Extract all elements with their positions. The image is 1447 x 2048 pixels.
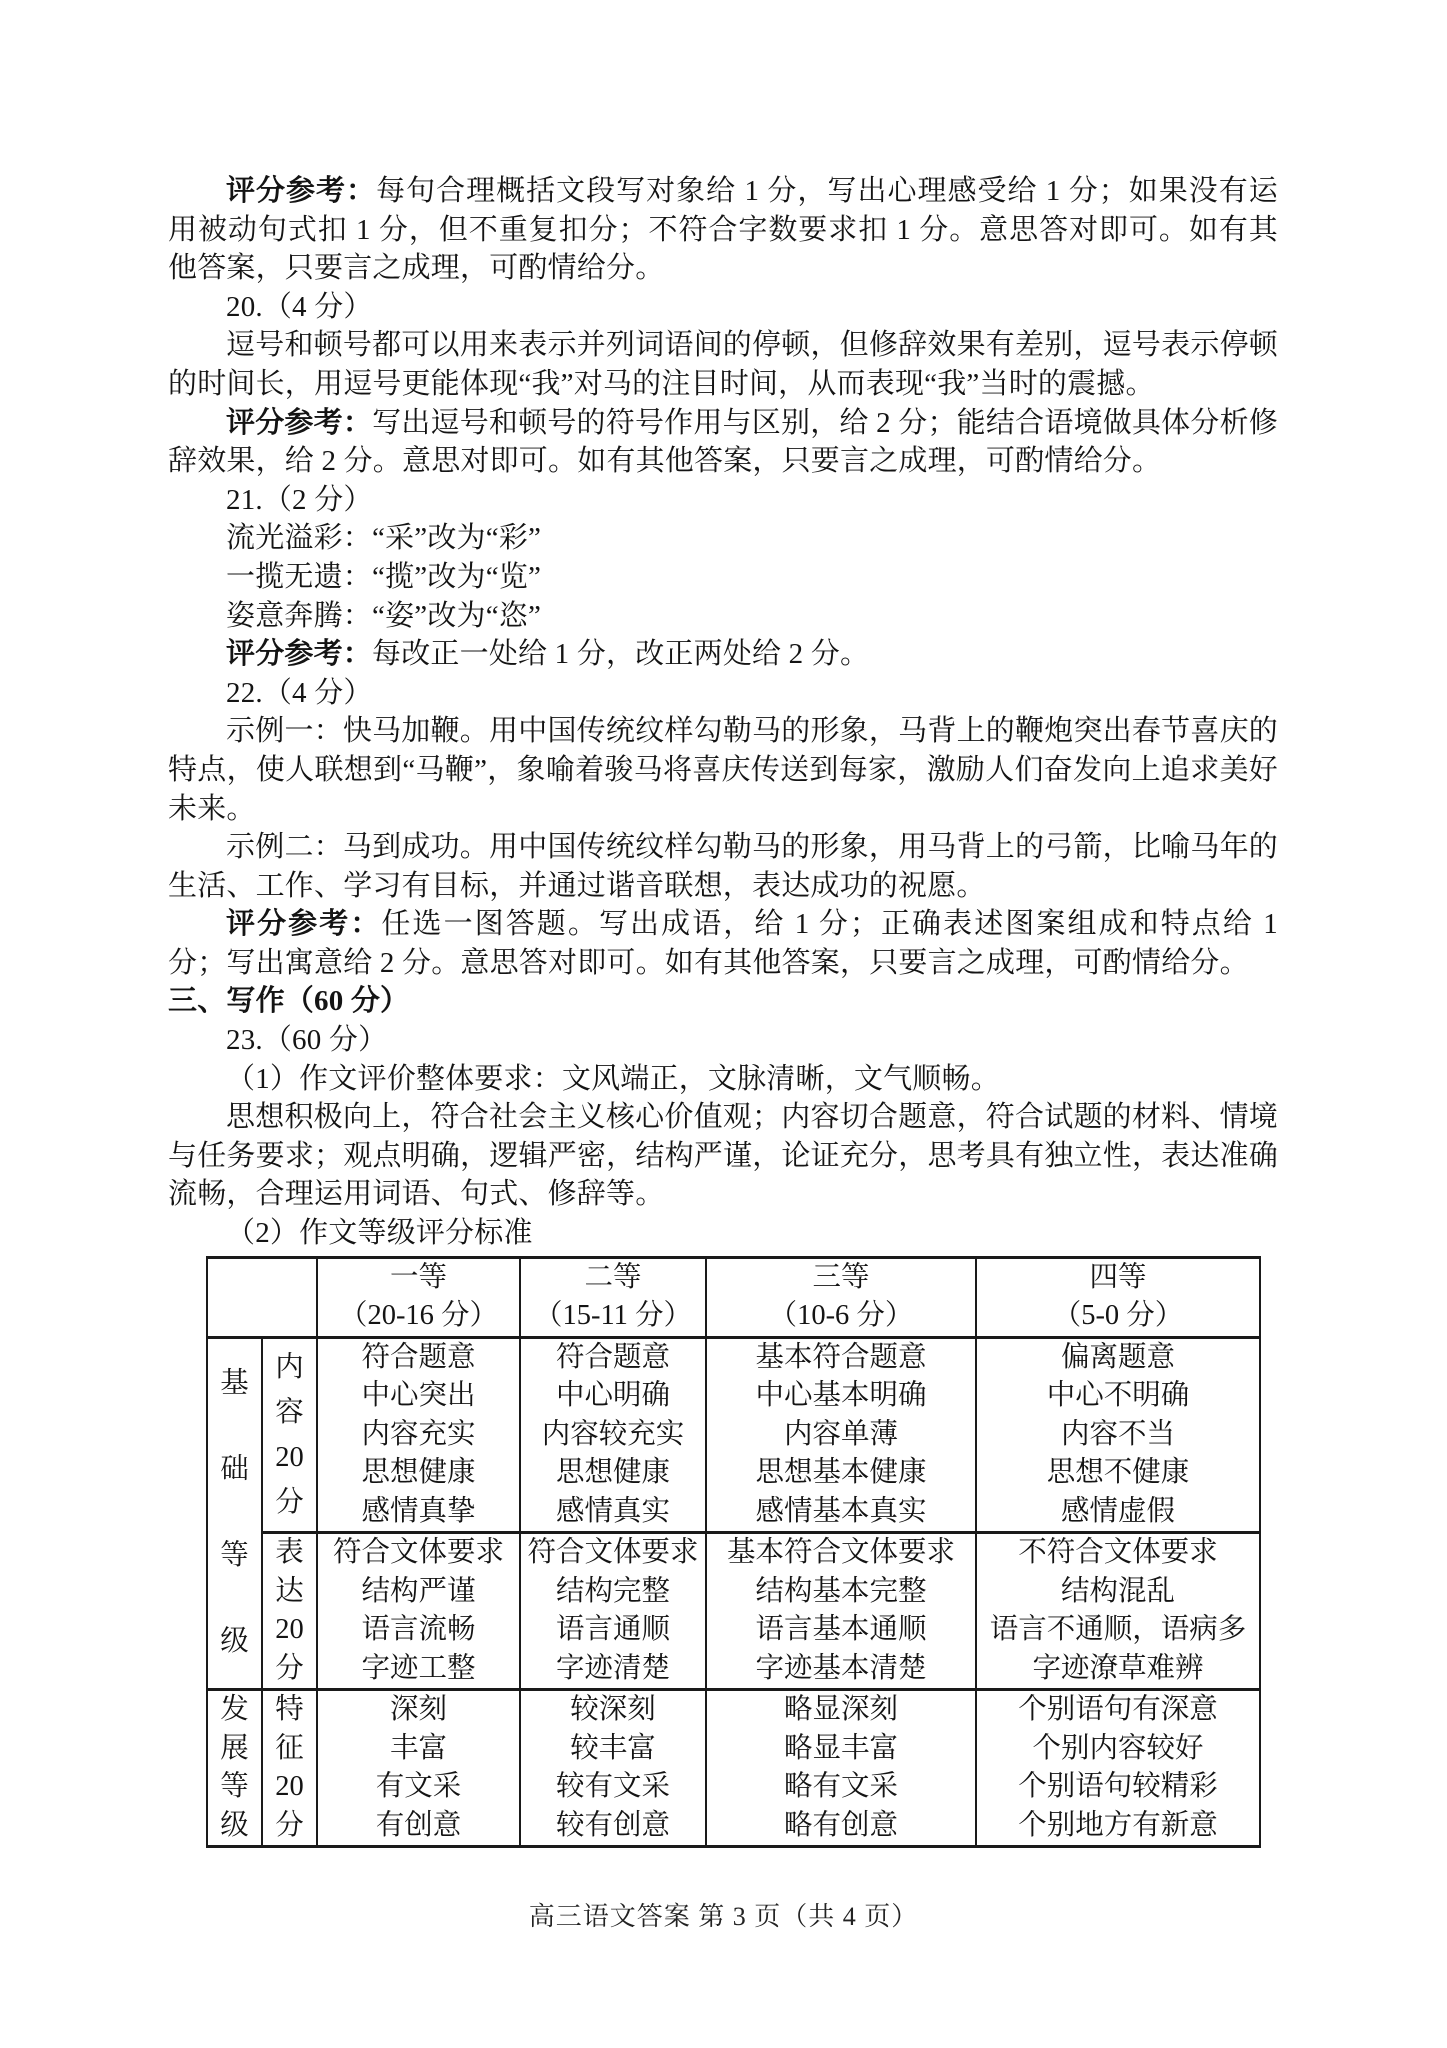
- paragraph-text: 一揽无遗：“揽”改为“览”: [226, 561, 541, 593]
- table-corner-cell: [207, 1257, 317, 1337]
- essay-grading-table: 一等 （20-16 分） 二等 （15-11 分） 三等 （10-6 分） 四等…: [206, 1256, 1261, 1849]
- grade-cell: 符合文体要求 结构完整 语言通顺 字迹清楚: [520, 1533, 706, 1690]
- grade-cell: 深刻 丰富 有文采 有创意: [317, 1690, 520, 1847]
- grade-cell: 符合文体要求 结构严谨 语言流畅 字迹工整: [317, 1533, 520, 1690]
- scoring-note-label: 评分参考：: [226, 407, 372, 439]
- paragraph-text: 23.（60 分）: [226, 1024, 387, 1056]
- section-heading-text: 三、写作（60 分）: [168, 985, 409, 1017]
- page-content: 评分参考：每句合理概括文段写对象给 1 分，写出心理感受给 1 分；如果没有运用…: [168, 172, 1278, 1848]
- table-row-features: 发 展 等 级 特 征 20 分 深刻 丰富 有文采 有创意 较深刻 较丰富 较…: [207, 1690, 1260, 1847]
- grade-cell: 较深刻 较丰富 较有文采 较有创意: [520, 1690, 706, 1847]
- grade-cell: 基本符合题意 中心基本明确 内容单薄 思想基本健康 感情基本真实: [706, 1337, 976, 1533]
- paragraph-question-number: 20.（4 分）: [168, 288, 1278, 327]
- paragraph-question-number: 22.（4 分）: [168, 674, 1278, 713]
- paragraph-example: 示例一：快马加鞭。用中国传统纹样勾勒马的形象，马背上的鞭炮突出春节喜庆的特点，使…: [168, 712, 1278, 828]
- grade-cell: 偏离题意 中心不明确 内容不当 思想不健康 感情虚假: [976, 1337, 1260, 1533]
- paragraph-example: 示例二：马到成功。用中国传统纹样勾勒马的形象，用马背上的弓箭，比喻马年的生活、工…: [168, 828, 1278, 905]
- grade-cell: 不符合文体要求 结构混乱 语言不通顺，语病多 字迹潦草难辨: [976, 1533, 1260, 1690]
- table-header-row: 一等 （20-16 分） 二等 （15-11 分） 三等 （10-6 分） 四等…: [207, 1257, 1260, 1337]
- paragraph-essay-requirement: 思想积极向上，符合社会主义核心价值观；内容切合题意，符合试题的材料、情境与任务要…: [168, 1098, 1278, 1214]
- paragraph-text: （1）作文评价整体要求：文风端正，文脉清晰，文气顺畅。: [226, 1063, 1000, 1095]
- paragraph-scoring-note: 评分参考：每改正一处给 1 分，改正两处给 2 分。: [168, 635, 1278, 674]
- paragraph-text: 20.（4 分）: [226, 291, 373, 323]
- table-row-content: 基 础 等 级 内 容 20 分 符合题意 中心突出 内容充实 思想健康 感情真…: [207, 1337, 1260, 1533]
- paragraph-correction: 姿意奔腾：“姿”改为“恣”: [168, 597, 1278, 636]
- sub-label-expression-20: 表 达 20 分: [262, 1533, 317, 1690]
- header-grade-2: 二等 （15-11 分）: [520, 1257, 706, 1337]
- answer-sheet-page: 评分参考：每句合理概括文段写对象给 1 分，写出心理感受给 1 分；如果没有运用…: [0, 0, 1447, 2048]
- paragraph-table-caption: （2）作文等级评分标准: [168, 1214, 1278, 1253]
- paragraph-question-number: 23.（60 分）: [168, 1021, 1278, 1060]
- paragraph-answer: 逗号和顿号都可以用来表示并列词语间的停顿，但修辞效果有差别，逗号表示停顿的时间长…: [168, 326, 1278, 403]
- paragraph-text: 姿意奔腾：“姿”改为“恣”: [226, 600, 541, 632]
- header-grade-1: 一等 （20-16 分）: [317, 1257, 520, 1337]
- sub-label-content-20: 内 容 20 分: [262, 1337, 317, 1533]
- grade-cell: 符合题意 中心明确 内容较充实 思想健康 感情真实: [520, 1337, 706, 1533]
- group-label-development-level: 发 展 等 级: [207, 1690, 262, 1847]
- scoring-note-label: 评分参考：: [226, 175, 376, 207]
- paragraph-essay-requirement: （1）作文评价整体要求：文风端正，文脉清晰，文气顺畅。: [168, 1060, 1278, 1099]
- section-heading-writing: 三、写作（60 分）: [168, 982, 1278, 1021]
- page-footer: 高三语文答案 第 3 页（共 4 页）: [0, 1896, 1447, 1933]
- paragraph-correction: 流光溢彩：“采”改为“彩”: [168, 519, 1278, 558]
- group-label-basic-level: 基 础 等 级: [207, 1337, 262, 1690]
- paragraph-text: 22.（4 分）: [226, 677, 373, 709]
- paragraph-text: 逗号和顿号都可以用来表示并列词语间的停顿，但修辞效果有差别，逗号表示停顿的时间长…: [168, 329, 1278, 400]
- paragraph-text: 流光溢彩：“采”改为“彩”: [226, 522, 541, 554]
- paragraph-question-number: 21.（2 分）: [168, 481, 1278, 520]
- paragraph-scoring-note: 评分参考：任选一图答题。写出成语，给 1 分；正确表述图案组成和特点给 1 分；…: [168, 905, 1278, 982]
- paragraph-text: 示例一：快马加鞭。用中国传统纹样勾勒马的形象，马背上的鞭炮突出春节喜庆的特点，使…: [168, 715, 1278, 824]
- paragraph-text: 示例二：马到成功。用中国传统纹样勾勒马的形象，用马背上的弓箭，比喻马年的生活、工…: [168, 831, 1278, 902]
- grade-cell: 基本符合文体要求 结构基本完整 语言基本通顺 字迹基本清楚: [706, 1533, 976, 1690]
- header-grade-4: 四等 （5-0 分）: [976, 1257, 1260, 1337]
- table-row-expression: 表 达 20 分 符合文体要求 结构严谨 语言流畅 字迹工整 符合文体要求 结构…: [207, 1533, 1260, 1690]
- paragraph-scoring-note: 评分参考：每句合理概括文段写对象给 1 分，写出心理感受给 1 分；如果没有运用…: [168, 172, 1278, 288]
- scoring-note-label: 评分参考：: [226, 638, 372, 670]
- grade-cell: 符合题意 中心突出 内容充实 思想健康 感情真挚: [317, 1337, 520, 1533]
- scoring-note-label: 评分参考：: [226, 908, 381, 940]
- sub-label-features-20: 特 征 20 分: [262, 1690, 317, 1847]
- paragraph-text: 每改正一处给 1 分，改正两处给 2 分。: [372, 638, 869, 670]
- paragraph-text: （2）作文等级评分标准: [226, 1217, 533, 1249]
- paragraph-text: 21.（2 分）: [226, 484, 373, 516]
- paragraph-text: 思想积极向上，符合社会主义核心价值观；内容切合题意，符合试题的材料、情境与任务要…: [168, 1101, 1278, 1210]
- paragraph-scoring-note: 评分参考：写出逗号和顿号的符号作用与区别，给 2 分；能结合语境做具体分析修辞效…: [168, 404, 1278, 481]
- paragraph-correction: 一揽无遗：“揽”改为“览”: [168, 558, 1278, 597]
- grade-cell: 略显深刻 略显丰富 略有文采 略有创意: [706, 1690, 976, 1847]
- grade-cell: 个别语句有深意 个别内容较好 个别语句较精彩 个别地方有新意: [976, 1690, 1260, 1847]
- header-grade-3: 三等 （10-6 分）: [706, 1257, 976, 1337]
